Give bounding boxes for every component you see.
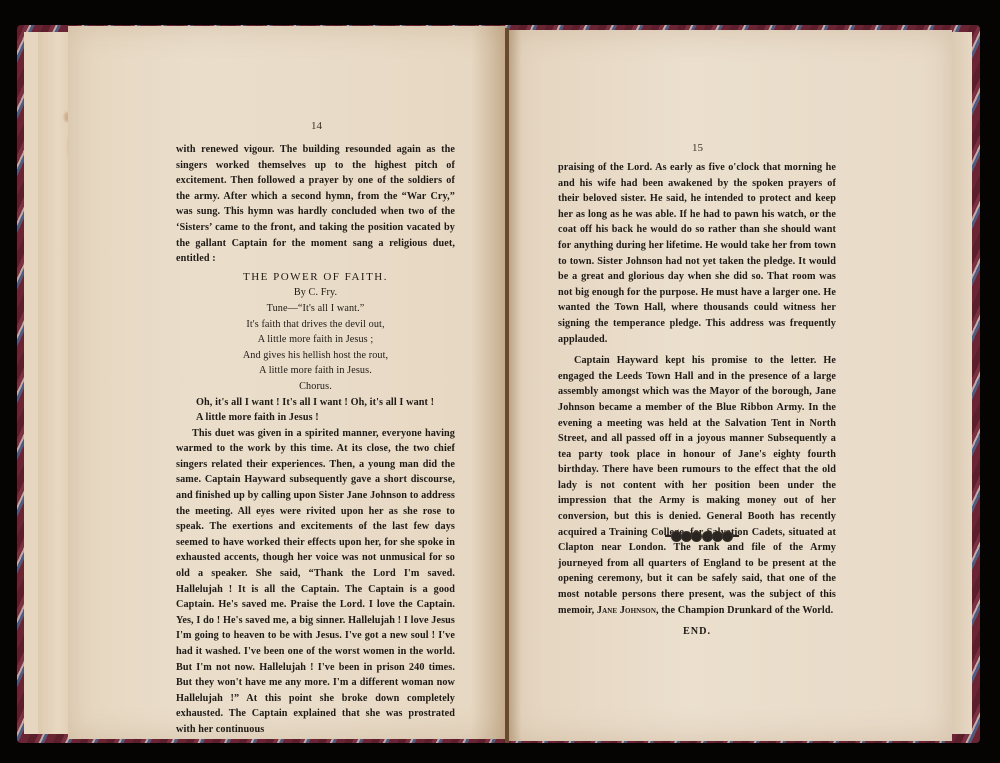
chorus-label: Chorus. bbox=[176, 379, 455, 395]
book-gutter bbox=[505, 28, 509, 743]
paragraph-2: Captain Hayward kept his promise to the … bbox=[558, 353, 836, 618]
verse-line-2: A little more faith in Jesus ; bbox=[176, 332, 455, 348]
paragraph-1: praising of the Lord. As early as five o… bbox=[558, 160, 836, 347]
right-page-number: 15 bbox=[692, 142, 703, 154]
paragraph-2-main: Captain Hayward kept his promise to the … bbox=[558, 355, 836, 616]
opening-paragraph: with renewed vigour. The building resoun… bbox=[176, 142, 455, 267]
chorus-line-2: A little more faith in Jesus ! bbox=[176, 410, 455, 426]
subject-name: Jane Johnson bbox=[597, 605, 656, 616]
song-tune: Tune—“It's all I want.” bbox=[176, 301, 455, 317]
left-page-text: with renewed vigour. The building resoun… bbox=[176, 142, 455, 738]
paragraph-2-tail: , the Champion Drunkard of the World. bbox=[656, 605, 833, 616]
right-page-text: praising of the Lord. As early as five o… bbox=[558, 160, 836, 640]
closing-paragraph: This duet was given in a spirited manner… bbox=[176, 426, 455, 738]
left-page-number: 14 bbox=[311, 120, 322, 132]
song-author: By C. Fry. bbox=[176, 285, 455, 301]
verse-line-4: A little more faith in Jesus. bbox=[176, 363, 455, 379]
verse-line-3: And gives his hellish host the rout, bbox=[176, 348, 455, 364]
floral-tailpiece-icon bbox=[665, 529, 739, 543]
chorus-line-1: Oh, it's all I want ! It's all I want ! … bbox=[176, 395, 455, 411]
verse-line-1: It's faith that drives the devil out, bbox=[176, 317, 455, 333]
end-label: END. bbox=[558, 624, 836, 640]
song-title: THE POWER OF FAITH. bbox=[176, 270, 455, 286]
